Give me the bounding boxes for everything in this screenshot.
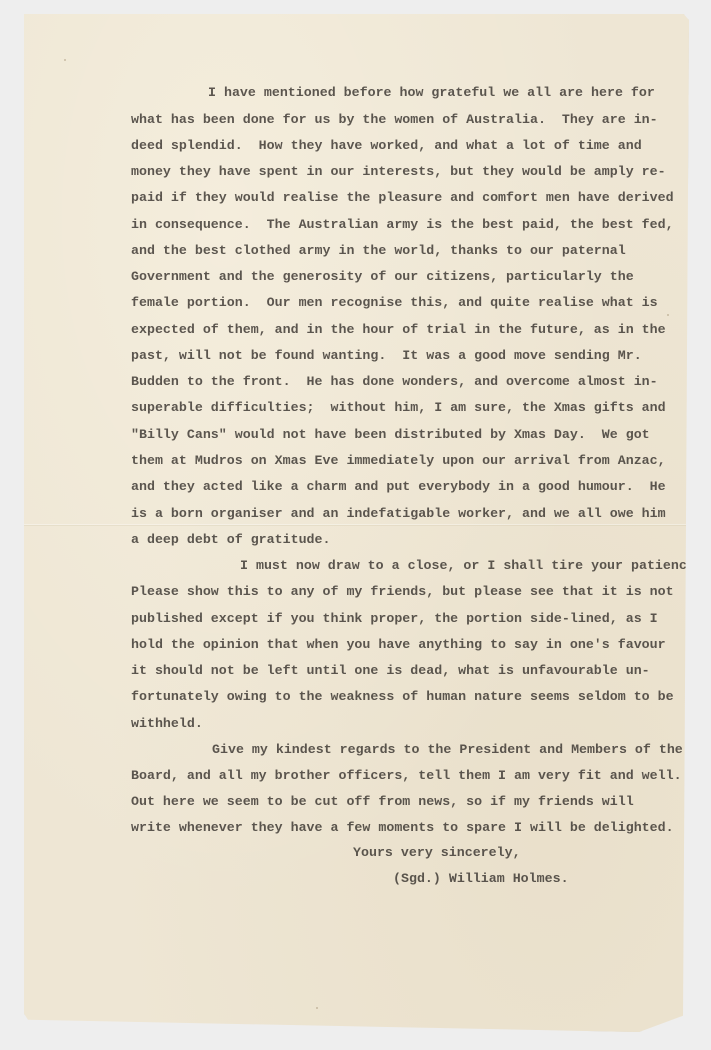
paragraph-1-line-18: a deep debt of gratitude. — [131, 532, 331, 548]
paragraph-2-line-6: fortunately owing to the weakness of hum… — [131, 689, 674, 705]
paragraph-1-line-17: is a born organiser and an indefatigable… — [131, 506, 666, 522]
paragraph-1-line-11: past, will not be found wanting. It was … — [131, 348, 642, 364]
paragraph-1-line-9: female portion. Our men recognise this, … — [131, 295, 658, 311]
paragraph-1-line-15: them at Mudros on Xmas Eve immediately u… — [131, 453, 666, 469]
paragraph-1-line-10: expected of them, and in the hour of tri… — [131, 322, 666, 338]
paragraph-2-line-4: hold the opinion that when you have anyt… — [131, 637, 666, 653]
letter-page: I have mentioned before how grateful we … — [24, 14, 689, 1032]
paragraph-1-line-13: superable difficulties; without him, I a… — [131, 400, 666, 416]
paragraph-1-line-12: Budden to the front. He has done wonders… — [131, 374, 658, 390]
paragraph-3-line-4: write whenever they have a few moments t… — [131, 820, 674, 836]
paper-speck — [64, 59, 66, 61]
paragraph-1-line-4: money they have spent in our interests, … — [131, 164, 666, 180]
paper-speck — [667, 314, 669, 316]
paragraph-2-line-3: published except if you think proper, th… — [131, 611, 658, 627]
paragraph-3-line-3: Out here we seem to be cut off from news… — [131, 794, 634, 810]
paragraph-2-line-5: it should not be left until one is dead,… — [131, 663, 650, 679]
paragraph-1-line-14: "Billy Cans" would not have been distrib… — [131, 427, 650, 443]
paragraph-1-line-7: and the best clothed army in the world, … — [131, 243, 626, 259]
paper-speck — [316, 1007, 318, 1009]
signature: (Sgd.) William Holmes. — [393, 871, 569, 887]
paper-fold-line — [24, 524, 689, 525]
closing-salutation: Yours very sincerely, — [353, 845, 521, 861]
paragraph-1-line-5: paid if they would realise the pleasure … — [131, 190, 674, 206]
paragraph-2-line-7: withheld. — [131, 716, 203, 732]
paragraph-1-line-16: and they acted like a charm and put ever… — [131, 479, 666, 495]
paragraph-3-line-1: Give my kindest regards to the President… — [212, 742, 683, 758]
paragraph-2-line-2: Please show this to any of my friends, b… — [131, 584, 674, 600]
paragraph-3-line-2: Board, and all my brother officers, tell… — [131, 768, 682, 784]
paragraph-1-line-3: deed splendid. How they have worked, and… — [131, 138, 642, 154]
paragraph-1-line-6: in consequence. The Australian army is t… — [131, 217, 674, 233]
paragraph-1-line-2: what has been done for us by the women o… — [131, 112, 658, 128]
paragraph-1-line-1: I have mentioned before how grateful we … — [208, 85, 655, 101]
paragraph-2-line-1: I must now draw to a close, or I shall t… — [240, 558, 703, 574]
paragraph-1-line-8: Government and the generosity of our cit… — [131, 269, 634, 285]
